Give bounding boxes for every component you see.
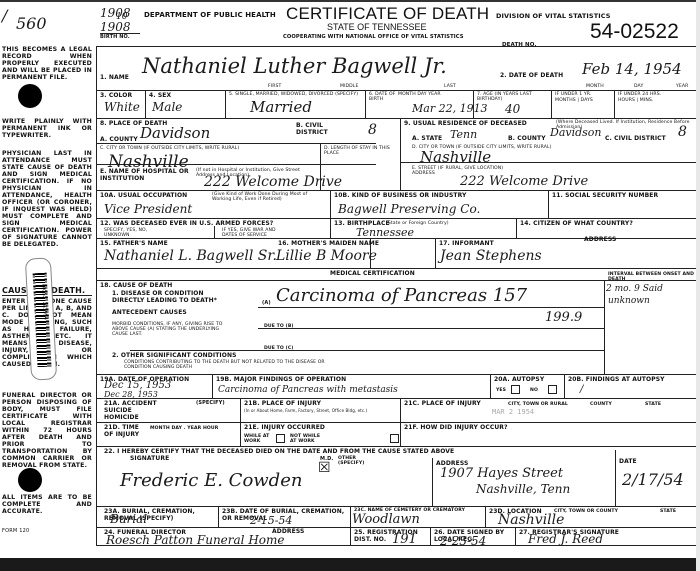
cemetery-value: Woodlawn (352, 512, 420, 527)
autopsy-yes-label: YES (496, 388, 506, 393)
cert-address-line2: Nashville, Tenn (476, 482, 570, 496)
civil-district-value: 8 (368, 122, 377, 138)
marital-label: 5. SINGLE, MARRIED, WIDOWED, DIVORCED (S… (229, 92, 358, 97)
injury-occurred-label: 21E. INJURY OCCURRED (244, 424, 325, 431)
file-number: 560 (16, 14, 47, 33)
antecedent-label: ANTECEDENT CAUSES (112, 309, 187, 316)
time-injury-label: 21D. TIME OF INJURY (104, 424, 144, 438)
col-div-location (485, 506, 486, 527)
informant-address-label: ADDRESS (584, 236, 616, 243)
major-findings-value: Carcinoma of Pancreas with metastasis (218, 385, 398, 395)
sex-label: 4. SEX (149, 92, 171, 99)
death-number: 54-02522 (590, 20, 679, 44)
other-specify-label: OTHER (SPECIFY) (338, 456, 378, 466)
morbid-note: MORBID CONDITIONS, IF ANY, GIVING RISE T… (112, 322, 232, 337)
row-line-12 (96, 422, 696, 423)
col-div-autopsy-findings (564, 374, 565, 398)
col-div-dob (365, 90, 366, 118)
death-no-label: DEATH NO. (502, 42, 537, 48)
length-of-stay-label: D. LENGTH OF STAY IN THIS PLACE (324, 146, 396, 156)
physician-note: PHYSICIAN LAST IN ATTENDANCE MUST STATE … (2, 150, 92, 248)
row-line-15 (96, 527, 696, 528)
autopsy-yes-checkbox[interactable] (511, 385, 520, 394)
informant-value: Jean Stephens (440, 248, 542, 264)
dod-year-label: YEAR (676, 84, 688, 89)
row-line-top (96, 46, 696, 47)
res-street-value: 222 Welcome Drive (460, 174, 588, 189)
col-div-place-injury (240, 398, 241, 446)
col-div-under1 (551, 90, 552, 118)
operation-date-2: Dec 28, 1953 (104, 390, 158, 399)
col-div-business (330, 190, 331, 238)
color-value: White (104, 100, 140, 114)
while-at-work-label: WHILE AT WORK (244, 434, 274, 444)
date-of-death-value: Feb 14, 1954 (582, 60, 682, 78)
barcode-label: 00252 2X1954 (25, 257, 57, 380)
date-of-death-label: 2. DATE OF DEATH (500, 72, 563, 79)
accident-label: 21A. ACCIDENT SUICIDE HOMICIDE (104, 400, 164, 421)
name-middle-label: MIDDLE (340, 84, 358, 89)
civil-district-label: B. CIVIL DISTRICT (296, 122, 356, 136)
row-line-1 (96, 90, 696, 91)
place-injury-note: (In or About Home, Farm, Factory, Street… (244, 408, 394, 413)
informant-label: 17. INFORMANT (439, 240, 494, 247)
armed-forces-label: 12. WAS DECEASED EVER IN U.S. ARMED FORC… (100, 220, 273, 227)
city-label: C. CITY OR TOWN (IF OUTSIDE CITY LIMITS,… (100, 146, 239, 151)
file-prefix: / (2, 6, 7, 25)
row-line-2 (96, 118, 696, 119)
name-last-label: LAST (444, 84, 456, 89)
other-conditions-label: 2. OTHER SIGNIFICANT CONDITIONS (112, 352, 237, 359)
name-first-label: FIRST (268, 84, 281, 89)
place-injury-c-city: CITY, TOWN OR RURAL (508, 402, 568, 407)
top-border (0, 0, 700, 2)
res-civil-district-value: 8 (678, 124, 687, 140)
place-injury-c-label: 21C. PLACE OF INJURY (404, 400, 481, 407)
place-injury-label: 21B. PLACE OF INJURY (244, 400, 321, 407)
medical-certification-header: MEDICAL CERTIFICATION (330, 270, 415, 277)
cert-date-value: 2/17/54 (622, 470, 684, 489)
certificate-title: CERTIFICATE OF DEATH (286, 4, 489, 24)
location-state-label: STATE (660, 509, 676, 514)
row-line-9 (96, 280, 696, 281)
cause-b-value: 199.9 (545, 310, 582, 325)
row-line-5 (96, 190, 696, 191)
certify-label: 22. I HEREBY CERTIFY THAT THE DECEASED D… (104, 448, 454, 455)
cause-label: 18. CAUSE OF DEATH (100, 282, 172, 289)
md-checkbox-checked[interactable]: ☒ (318, 460, 331, 474)
dob-label: 6. DATE OF BIRTH (369, 92, 399, 102)
while-at-work-checkbox[interactable] (276, 434, 285, 443)
dob-sub-label: MONTH DAY YEAR (398, 92, 441, 97)
place-injury-c-state: STATE (645, 402, 661, 407)
res-state-value: Tenn (450, 128, 477, 141)
birth-no-label: BIRTH NO. (100, 34, 130, 40)
autopsy-findings-label: 20B. FINDINGS AT AUTOPSY (568, 376, 665, 383)
date-signed-value: 2-23-54 (440, 534, 486, 548)
dob-value: Mar 22, 1913 (412, 102, 488, 115)
cause-a-line (258, 307, 604, 308)
department: DEPARTMENT OF PUBLIC HEALTH (144, 11, 276, 19)
autopsy-no-checkbox[interactable] (548, 385, 557, 394)
col-div-citizen (516, 218, 517, 238)
bottom-border (0, 558, 700, 571)
col-div-residence (400, 118, 401, 190)
autopsy-label: 20A. AUTOPSY (494, 376, 544, 383)
funeral-director-note: FUNERAL DIRECTOR OR PERSON DISPOSING OF … (2, 392, 92, 469)
county-value: Davidson (140, 124, 210, 142)
father-value: Nathaniel L. Bagwell Sr. (104, 248, 277, 264)
col-div-cert-address (432, 458, 433, 506)
res-county-label: B. COUNTY (508, 135, 546, 142)
cause-c-line (130, 350, 604, 351)
state-title: STATE OF TENNESSEE (327, 22, 427, 32)
autopsy-findings-value: / (580, 384, 583, 395)
col-div-cemetery (350, 506, 351, 545)
interval-value-1: 2 mo. 9 Said (606, 284, 663, 294)
name-value: Nathaniel Luther Bagwell Jr. (142, 54, 447, 78)
col-div-war (214, 226, 215, 238)
color-label: 3. COLOR (100, 92, 132, 99)
time-injury-sub: MONTH DAY . YEAR HOUR (150, 426, 218, 431)
col-div-burial-date (218, 506, 219, 527)
res-county-value: Davidson (550, 126, 602, 139)
cert-address-line1: 1907 Hayes Street (440, 466, 563, 481)
right-border (696, 0, 700, 571)
name-label: 1. NAME (100, 74, 129, 81)
col-div-findings (212, 374, 213, 398)
interval-value-2: unknown (608, 296, 650, 306)
physician-signature: Frederic E. Cowden (120, 470, 302, 491)
res-state-label: A. STATE (412, 135, 442, 142)
age-value: 40 (505, 102, 520, 116)
occupation-note: (Give Kind of Work Done During Most of W… (212, 192, 328, 202)
punch-hole-bottom (18, 468, 42, 492)
armed-forces-war: IF YES, GIVE WAR AND DATES OF SERVICE (222, 228, 286, 238)
row-line-13 (96, 446, 696, 447)
dod-month-label: MONTH (586, 84, 604, 89)
legal-record-note: THIS BECOMES A LEGAL RECORD WHEN PROPERL… (2, 46, 92, 81)
county-label: A. COUNTY (100, 136, 138, 143)
birthplace-value: Tennessee (356, 226, 414, 239)
col-div-sex (145, 90, 146, 118)
row-line-10 (96, 374, 696, 375)
mother-label: 16. MOTHER'S MAIDEN NAME (278, 240, 379, 247)
under-24hr-label: IF UNDER 24 HRS. (618, 92, 661, 97)
under-1yr-sub: MONTHS | DAYS (555, 98, 593, 103)
mother-value: Lillie B Moore (276, 248, 377, 264)
row-line-11 (96, 398, 696, 399)
major-findings-label: 19B. MAJOR FINDINGS OF OPERATION (216, 376, 346, 383)
how-injury-label: 21F. HOW DID INJURY OCCUR? (404, 424, 508, 431)
col-div-date-signed (430, 527, 431, 545)
col-div-registrar (515, 527, 516, 545)
col-div-cert-date (615, 450, 616, 506)
cooperating-note: COOPERATING WITH NATIONAL OFFICE OF VITA… (283, 34, 464, 40)
all-items-note: ALL ITEMS ARE TO BE COMPLETE AND ACCURAT… (2, 494, 92, 515)
row-line-14 (96, 506, 696, 507)
col-div-informant (435, 238, 436, 268)
dod-day-label: DAY (634, 84, 643, 89)
other-conditions-note: CONDITIONS CONTRIBUTING TO THE DEATH BUT… (124, 360, 344, 370)
hospital-value: 222 Welcome Drive (204, 174, 342, 190)
accident-specify: (SPECIFY) (196, 400, 225, 406)
punch-hole-top (18, 84, 42, 108)
received-stamp: MAR 2 1954 (492, 408, 534, 416)
usual-residence-label: 9. USUAL RESIDENCE OF DECEASED (404, 120, 527, 127)
col-div-interval (604, 280, 605, 374)
hospital-label: E. NAME OF HOSPITAL OR INSTITUTION (100, 168, 195, 182)
place-injury-c-county: COUNTY (590, 402, 612, 407)
birth-no-line (100, 33, 140, 34)
interval-label: INTERVAL BETWEEN ONSET AND DEATH (608, 272, 694, 282)
cause-b-line (258, 328, 604, 329)
res-civil-district-label: C. CIVIL DISTRICT (605, 135, 666, 142)
col-div-ssn (548, 190, 549, 218)
under-1yr-label: IF UNDER 1 YR. (555, 92, 591, 97)
col-div-under24 (614, 90, 615, 118)
not-while-at-work-checkbox[interactable] (390, 434, 399, 443)
burial-date-value: 2-15-54 (250, 514, 292, 527)
signature-label: SIGNATURE (130, 455, 169, 462)
row-line-8 (96, 268, 696, 269)
autopsy-no-label: NO (530, 388, 538, 393)
not-while-at-work-label: NOT WHILE AT WORK (290, 434, 328, 444)
occupation-value: Vice President (104, 202, 192, 216)
citizen-label: 14. CITIZEN OF WHAT COUNTRY? (520, 220, 633, 227)
age-label: 7. AGE (IN YEARS LAST BIRTHDAY) (477, 92, 547, 102)
row-line-6 (96, 218, 696, 219)
ssn-label: 11. SOCIAL SECURITY NUMBER (552, 192, 658, 199)
cause-line1-label: 1. DISEASE OR CONDITION DIRECTLY LEADING… (112, 290, 220, 304)
father-label: 15. FATHER'S NAME (100, 240, 168, 247)
cause-a-prefix: (A) (262, 300, 271, 306)
business-label: 10B. KIND OF BUSINESS OR INDUSTRY (334, 192, 466, 199)
occupation-label: 10A. USUAL OCCUPATION (100, 192, 187, 199)
location-value: Nashville (498, 512, 564, 528)
form-number: FORM 120 (2, 528, 92, 535)
registrar-signature: Fred J. Reed (528, 532, 603, 546)
armed-forces-specify: SPECIFY, YES, NO, UNKNOWN (104, 228, 164, 238)
form-left-edge (96, 46, 97, 546)
sex-value: Male (152, 100, 182, 114)
funeral-director-value: Roesch Patton Funeral Home (106, 533, 284, 547)
division-label: DIVISION OF VITAL STATISTICS (496, 12, 611, 20)
row-line-3a (96, 143, 376, 144)
write-plainly-note: WRITE PLAINLY WITH PERMANENT INK OR TYPE… (2, 118, 92, 139)
registration-value: 191 (392, 532, 417, 547)
cause-a-value: Carcinoma of Pancreas 157 (276, 285, 527, 306)
col-div-place-injury-c (400, 398, 401, 446)
res-city-value: Nashville (420, 148, 491, 166)
col-div-marital (225, 90, 226, 118)
birth-no-bottom: 1908 (100, 20, 131, 34)
under-24hr-sub: HOURS | MINS. (618, 98, 653, 103)
business-value: Bagwell Preserving Co. (338, 202, 480, 216)
col-div-autopsy (490, 374, 491, 398)
burial-value: Burial (110, 512, 147, 526)
cert-date-label: DATE (619, 458, 637, 465)
marital-value: Married (250, 98, 312, 116)
